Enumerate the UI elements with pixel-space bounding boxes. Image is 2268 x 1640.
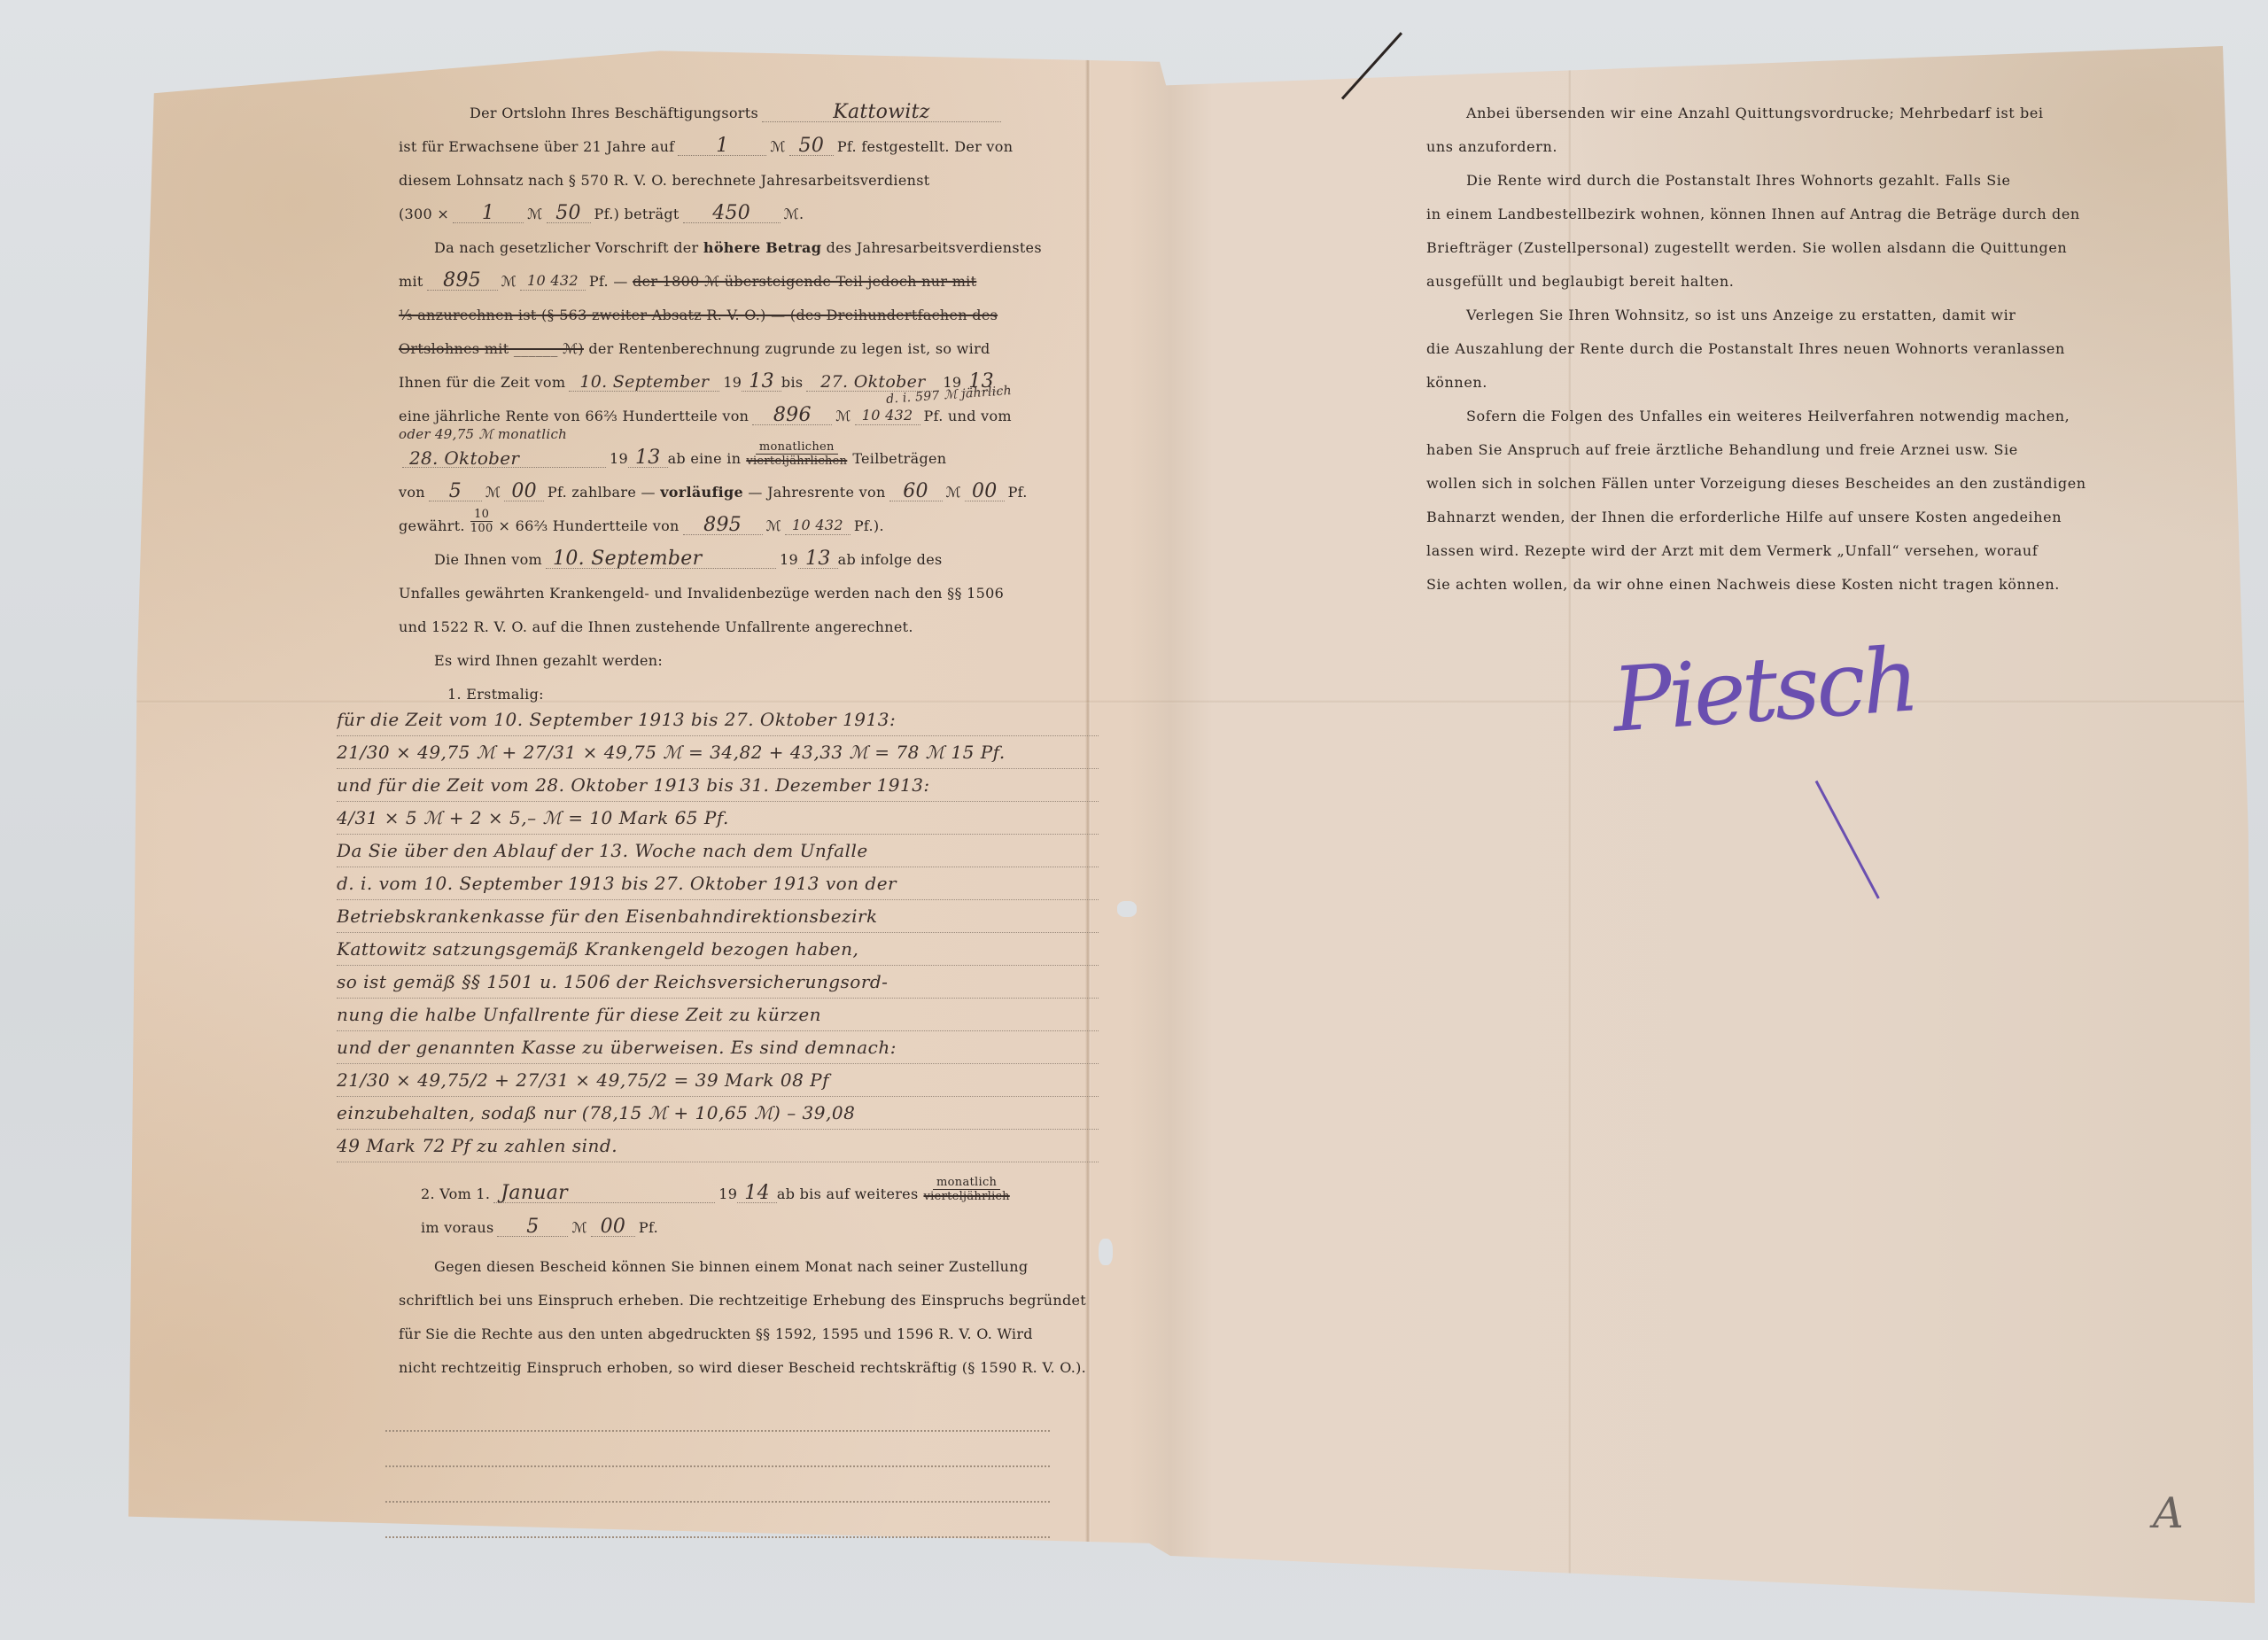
struck-text: der 1800 ℳ übersteigende Teil jedoch nur… [633, 273, 976, 291]
printed-text: Anbei übersenden wir eine Anzahl Quittun… [1466, 105, 2044, 122]
handwritten-amount: 10 432 [520, 272, 586, 291]
appeal-line: nicht rechtzeitig Einspruch erhoben, so … [346, 1343, 1054, 1377]
form-line: mit 895 ℳ 10 432 Pf. — der 1800 ℳ überst… [346, 257, 1054, 291]
printed-text: Pf. zahlbare — [548, 484, 656, 501]
bold-text: vorläufige [660, 484, 743, 501]
mark-symbol: ℳ [835, 408, 850, 425]
printed-text: schriftlich bei uns Einspruch erheben. D… [399, 1292, 1086, 1310]
handwritten-amount: 1 [453, 205, 524, 223]
struck-text: Ortslohnes mit ______ ℳ) [399, 340, 584, 358]
printed-text: wollen sich in solchen Fällen unter Vorz… [1426, 475, 2086, 493]
struck-text: ⅓ anzurechnen ist (§ 563 zweiter Absatz … [399, 307, 998, 324]
printed-text: ℳ. [784, 206, 804, 223]
info-line: Bahnarzt wenden, der Ihnen die erforderl… [1426, 493, 2055, 526]
printed-text: können. [1426, 374, 1487, 392]
printed-text: uns anzufordern. [1426, 138, 1557, 156]
printed-text: Verlegen Sie Ihren Wohnsitz, so ist uns … [1466, 307, 2016, 324]
printed-text: 2. Vom 1. [421, 1185, 490, 1203]
bold-text: höhere Betrag [703, 239, 821, 257]
printed-text: Gegen diesen Bescheid können Sie binnen … [434, 1258, 1028, 1276]
handwritten-line: für die Zeit vom 10. September 1913 bis … [337, 703, 1099, 736]
handwritten-line: Da Sie über den Ablauf der 13. Woche nac… [337, 835, 1099, 867]
handwritten-amount: 896 [752, 407, 832, 425]
struck-option: vierteljährlich [923, 1190, 1009, 1203]
handwritten-line: 21/30 × 49,75 ℳ + 27/31 × 49,75 ℳ = 34,8… [337, 736, 1099, 769]
printed-text: ab bis auf weiteres [777, 1185, 919, 1203]
handwritten-line: so ist gemäß §§ 1501 u. 1506 der Reichsv… [337, 966, 1099, 999]
printed-text: Briefträger (Zustellpersonal) zugestellt… [1426, 239, 2067, 257]
printed-text: Bahnarzt wenden, der Ihnen die erforderl… [1426, 509, 2062, 526]
printed-text: ab eine in [668, 450, 742, 468]
handwritten-line: 49 Mark 72 Pf zu zahlen sind. [337, 1130, 1099, 1162]
fraction-denominator: 100 [470, 522, 493, 535]
blank-form-lines [346, 1396, 1054, 1538]
printed-text: lassen wird. Rezepte wird der Arzt mit d… [1426, 542, 2038, 560]
handwritten-date: 10. September [569, 373, 719, 392]
info-line: ausgefüllt und beglaubigt bereit halten. [1426, 257, 2055, 291]
printed-text: Pf. — [589, 273, 628, 291]
printed-text: im voraus [421, 1219, 493, 1237]
handwritten-amount: 5 [429, 483, 482, 501]
info-line: Anbei übersenden wir eine Anzahl Quittun… [1426, 89, 2055, 122]
handwritten-amount: 5 [497, 1218, 568, 1237]
form-line: 2. Vom 1. Januar 19 14 ab bis auf weiter… [346, 1162, 1054, 1203]
rate-fraction: 10 100 [470, 508, 493, 535]
printed-text: Pf. festgestellt. Der von [837, 138, 1013, 156]
handwritten-line: 21/30 × 49,75/2 + 27/31 × 49,75/2 = 39 M… [337, 1064, 1099, 1097]
signature: Pietsch [1609, 627, 1919, 752]
form-line: und 1522 R. V. O. auf die Ihnen zustehen… [346, 602, 1054, 636]
handwritten-amount: 10 432 [855, 407, 920, 425]
printed-text: Sofern die Folgen des Unfalles ein weite… [1466, 408, 2070, 425]
printed-text: mit [399, 273, 423, 291]
printed-text: 19 [780, 551, 798, 569]
printed-text: 19 [718, 1185, 737, 1203]
fraction-numerator: 10 [470, 508, 493, 522]
handwritten-calculation: für die Zeit vom 10. September 1913 bis … [337, 703, 1099, 1162]
printed-text: gewährt. [399, 517, 465, 535]
handwritten-amount: 00 [504, 483, 544, 501]
handwritten-year: 13 [798, 550, 838, 569]
printed-text: Unfalles gewährten Krankengeld- und Inva… [399, 585, 1004, 602]
handwritten-annotation: oder 49,75 ℳ monatlich [399, 425, 567, 443]
handwritten-amount: 60 [889, 483, 943, 501]
form-line: Es wird Ihnen gezahlt werden: [346, 636, 1054, 670]
form-line: ⅓ anzurechnen ist (§ 563 zweiter Absatz … [346, 291, 1054, 324]
printed-text: × 66⅔ Hundertteile von [499, 517, 680, 535]
frequency-fraction: monatlichen vierteljährlichen [746, 440, 847, 468]
form-line: oder 49,75 ℳ monatlich 28. Oktober 19 13… [346, 425, 1054, 468]
info-line: lassen wird. Rezepte wird der Arzt mit d… [1426, 526, 2055, 560]
printed-text: Pf. [639, 1219, 658, 1237]
form-line: eine jährliche Rente von 66⅔ Hundertteil… [346, 392, 1054, 425]
left-page: Der Ortslohn Ihres Beschäftigungsorts Ka… [346, 89, 1054, 1538]
handwritten-line: und für die Zeit vom 28. Oktober 1913 bi… [337, 769, 1099, 802]
mark-symbol: ℳ [946, 484, 961, 501]
handwritten-amount: 50 [547, 205, 591, 223]
mark-symbol: ℳ [485, 484, 501, 501]
paper-hole [1099, 1239, 1113, 1265]
printed-text: (300 × [399, 206, 449, 223]
mark-symbol: ℳ [571, 1219, 586, 1237]
printed-text: der Rentenberechnung zugrunde zu legen i… [588, 340, 990, 358]
printed-text: Der Ortslohn Ihres Beschäftigungsorts [470, 105, 758, 122]
info-line: in einem Landbestellbezirk wohnen, könne… [1426, 190, 2055, 223]
appeal-line: schriftlich bei uns Einspruch erheben. D… [346, 1276, 1054, 1310]
blank-line [385, 1432, 1050, 1467]
mark-symbol: ℳ [766, 517, 781, 535]
info-line: Sofern die Folgen des Unfalles ein weite… [1426, 392, 2055, 425]
blank-line [385, 1396, 1050, 1432]
handwritten-amount: 450 [683, 205, 781, 223]
info-line: Die Rente wird durch die Postanstalt Ihr… [1426, 156, 2055, 190]
handwritten-date: 28. Oktober [402, 449, 606, 468]
blank-line [385, 1467, 1050, 1503]
printed-text: Teilbeträgen [852, 450, 946, 468]
info-line: Verlegen Sie Ihren Wohnsitz, so ist uns … [1426, 291, 2055, 324]
printed-text: Die Ihnen vom [434, 551, 542, 569]
printed-text: Ihnen für die Zeit vom [399, 374, 565, 392]
form-line: gewährt. 10 100 × 66⅔ Hundertteile von 8… [346, 501, 1054, 535]
frequency-fraction: monatlich vierteljährlich [923, 1176, 1009, 1203]
handwritten-month: Januar [493, 1185, 715, 1203]
info-line: haben Sie Anspruch auf freie ärztliche B… [1426, 425, 2055, 459]
right-page: Anbei übersenden wir eine Anzahl Quittun… [1426, 89, 2055, 594]
mark-symbol: ℳ [501, 273, 517, 291]
pencil-corner-mark: A [2153, 1488, 2184, 1538]
form-line: ist für Erwachsene über 21 Jahre auf 1 ℳ… [346, 122, 1054, 156]
form-line: (300 × 1 ℳ 50 Pf.) beträgt 450 ℳ. [346, 190, 1054, 223]
info-line: uns anzufordern. [1426, 122, 2055, 156]
handwritten-line: Kattowitz satzungsgemäß Krankengeld bezo… [337, 933, 1099, 966]
printed-text: Pf.) beträgt [594, 206, 680, 223]
form-line: Die Ihnen vom 10. September 19 13 ab inf… [346, 535, 1054, 569]
printed-text: nicht rechtzeitig Einspruch erhoben, so … [399, 1359, 1086, 1377]
mark-symbol: ℳ [770, 138, 785, 156]
info-line: Briefträger (Zustellpersonal) zugestellt… [1426, 223, 2055, 257]
printed-text: Die Rente wird durch die Postanstalt Ihr… [1466, 172, 2011, 190]
handwritten-year: 13 [742, 373, 781, 392]
handwritten-amount: 10 432 [785, 517, 850, 535]
appeal-line: Gegen diesen Bescheid können Sie binnen … [346, 1242, 1054, 1276]
info-line: Sie achten wollen, da wir ohne einen Nac… [1426, 560, 2055, 594]
form-line: diesem Lohnsatz nach § 570 R. V. O. bere… [346, 156, 1054, 190]
info-line: wollen sich in solchen Fällen unter Vorz… [1426, 459, 2055, 493]
handwritten-date: 10. September [546, 550, 776, 569]
info-line: die Auszahlung der Rente durch die Posta… [1426, 324, 2055, 358]
handwritten-amount: 00 [965, 483, 1005, 501]
handwritten-amount: 50 [789, 137, 834, 156]
payment-heading: Es wird Ihnen gezahlt werden: [434, 652, 663, 670]
handwritten-amount: 1 [678, 137, 766, 156]
form-line: Ortslohnes mit ______ ℳ) der Rentenberec… [346, 324, 1054, 358]
info-line: können. [1426, 358, 2055, 392]
printed-text: diesem Lohnsatz nach § 570 R. V. O. bere… [399, 172, 929, 190]
printed-text: ist für Erwachsene über 21 Jahre auf [399, 138, 674, 156]
handwritten-year: 14 [737, 1185, 777, 1203]
handwritten-amount: 00 [591, 1218, 635, 1237]
printed-text: die Auszahlung der Rente durch die Posta… [1426, 340, 2065, 358]
printed-text: und 1522 R. V. O. auf die Ihnen zustehen… [399, 618, 913, 636]
handwritten-line: Betriebskrankenkasse für den Eisenbahndi… [337, 900, 1099, 933]
printed-text: eine jährliche Rente von 66⅔ Hundertteil… [399, 408, 749, 425]
handwritten-line: d. i. vom 10. September 1913 bis 27. Okt… [337, 867, 1099, 900]
printed-text: des Jahresarbeitsverdienstes [827, 239, 1042, 257]
handwritten-place: Kattowitz [762, 104, 1001, 122]
selected-option: monatlichen [756, 440, 838, 455]
paper-hole [1117, 901, 1137, 917]
printed-text: 19 [610, 450, 628, 468]
printed-text: bis [781, 374, 803, 392]
form-line: von 5 ℳ 00 Pf. zahlbare — vorläufige — J… [346, 468, 1054, 501]
printed-text: — Jahresrente von [748, 484, 885, 501]
form-line: 1. Erstmalig: [346, 670, 1054, 703]
form-line: Da nach gesetzlicher Vorschrift der höhe… [346, 223, 1054, 257]
printed-text: haben Sie Anspruch auf freie ärztliche B… [1426, 441, 2018, 459]
appeal-line: für Sie die Rechte aus den unten abgedru… [346, 1310, 1054, 1343]
handwritten-year: 13 [628, 449, 668, 468]
struck-option: vierteljährlichen [746, 455, 847, 468]
form-line: im voraus 5 ℳ 00 Pf. [346, 1203, 1054, 1237]
printed-text: in einem Landbestellbezirk wohnen, könne… [1426, 206, 2080, 223]
printed-text: Pf. und vom [924, 408, 1012, 425]
handwritten-line: einzubehalten, sodaß nur (78,15 ℳ + 10,6… [337, 1097, 1099, 1130]
printed-text: Da nach gesetzlicher Vorschrift der [434, 239, 699, 257]
printed-text: Pf.). [854, 517, 884, 535]
handwritten-line: 4/31 × 5 ℳ + 2 × 5,– ℳ = 10 Mark 65 Pf. [337, 802, 1099, 835]
printed-text: Pf. [1008, 484, 1028, 501]
mark-symbol: ℳ [527, 206, 542, 223]
handwritten-amount: 895 [427, 272, 498, 291]
blank-line [385, 1503, 1050, 1538]
printed-text: von [399, 484, 425, 501]
printed-text: Sie achten wollen, da wir ohne einen Nac… [1426, 576, 2060, 594]
printed-text: ab infolge des [838, 551, 943, 569]
printed-text: ausgefüllt und beglaubigt bereit halten. [1426, 273, 1734, 291]
form-line: Unfalles gewährten Krankengeld- und Inva… [346, 569, 1054, 602]
handwritten-amount: 895 [683, 517, 763, 535]
form-line: Der Ortslohn Ihres Beschäftigungsorts Ka… [346, 89, 1054, 122]
printed-text: für Sie die Rechte aus den unten abgedru… [399, 1325, 1033, 1343]
item-label: 1. Erstmalig: [447, 686, 544, 703]
handwritten-line: nung die halbe Unfallrente für diese Zei… [337, 999, 1099, 1031]
handwritten-line: und der genannten Kasse zu überweisen. E… [337, 1031, 1099, 1064]
selected-option: monatlich [933, 1176, 1000, 1190]
printed-text: 19 [723, 374, 742, 392]
